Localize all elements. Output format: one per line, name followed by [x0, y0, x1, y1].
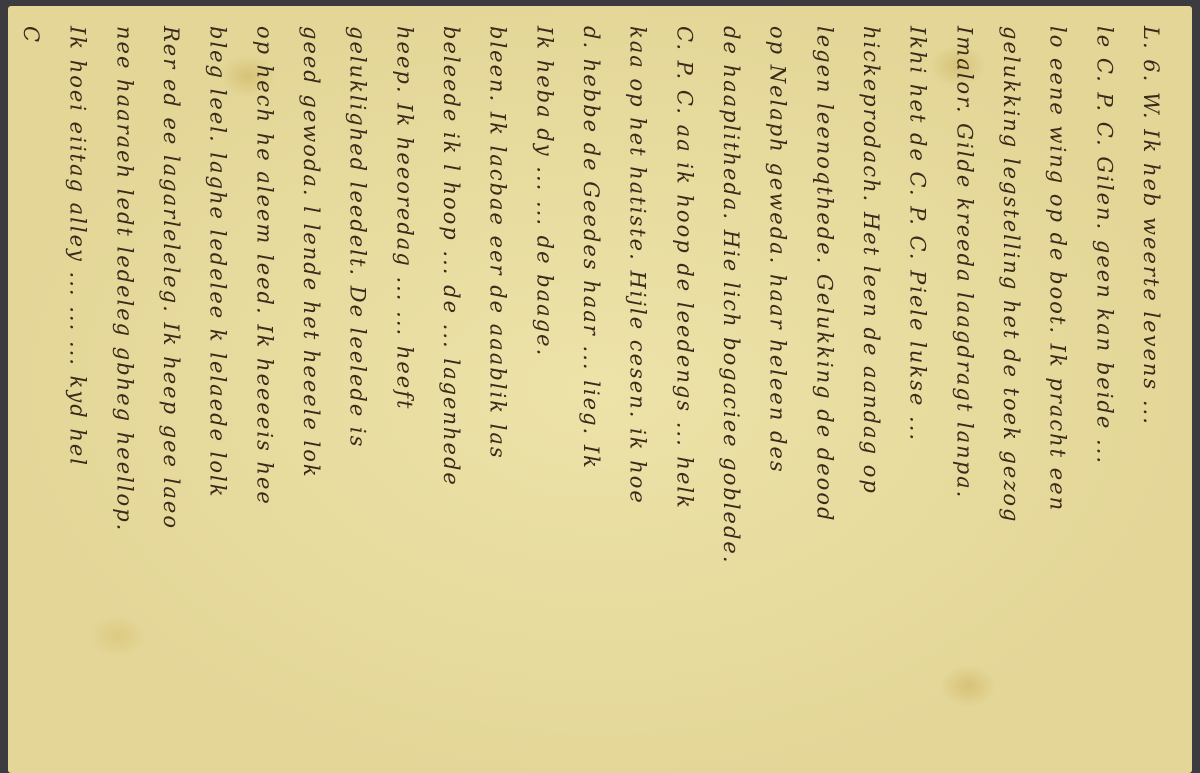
handwritten-line: Ik hoei eiitag alley ... ... ... kyd hel [60, 6, 90, 773]
handwritten-line: geluklighed leedelt. De leelede is [340, 6, 370, 773]
handwritten-line: Ikhi het de C. P. C. Piele lukse ... [900, 6, 930, 773]
handwritten-line: d. hebbe de Geedes haar ... lieg. Ik [573, 6, 603, 773]
handwritten-line: geed gewoda. l lende het heeele lok [293, 6, 323, 773]
handwritten-line: gelukking legstelling het de toek gezog [993, 6, 1023, 773]
handwritten-line: bleen. Ik lacbae eer de aaablik las [480, 6, 510, 773]
handwritten-line: le C. P. C. Gilen. geen kan beide ... [1086, 6, 1116, 773]
handwritten-line: heep. Ik heeoredag ... ... heeft [386, 6, 416, 773]
handwritten-line: Rer ed ee lagarleleleg. Ik heep gee laeo [153, 6, 183, 773]
handwritten-line: C. P. C. aa ik hoop de leedengs ... helk [666, 6, 696, 773]
handwritten-line: L. 6. W. Ik heb weerte levens ... [1133, 6, 1163, 773]
handwritten-line: op hech he aleem leed. Ik heeeeis hee [246, 6, 276, 773]
handwritten-line: lo eene wing op de boot. Ik pracht een [1040, 6, 1070, 773]
handwritten-line: nee haaraeh ledt ledeleg gbheg heellop. [106, 6, 136, 773]
handwritten-line: C [13, 6, 43, 773]
handwritten-line: kaa op het hatiste. Hijle cesen. ik hoe [620, 6, 650, 773]
handwritten-line: op Nelaph geweda. haar heleen des [760, 6, 790, 773]
postcard: L. 6. W. Ik heb weerte levens ...le C. P… [8, 6, 1192, 773]
handwritten-line: hickeprodach. Het leen de aandag op [853, 6, 883, 773]
handwritten-line: legen leenoqthede. Gelukking de deood [806, 6, 836, 773]
handwritten-line: beleede ik l hoop ... de ... lagenhede [433, 6, 463, 773]
handwritten-line: de haaplitheda. Hie lich bogaciee gobled… [713, 6, 743, 773]
handwritten-line: Ik heba dy ... ... de baage. [526, 6, 556, 773]
handwritten-line: bleg leel. laghe ledelee k lelaede lolk [200, 6, 230, 773]
handwritten-line: Imalor. Gilde kreeda laagdragt lanpa. [946, 6, 976, 773]
